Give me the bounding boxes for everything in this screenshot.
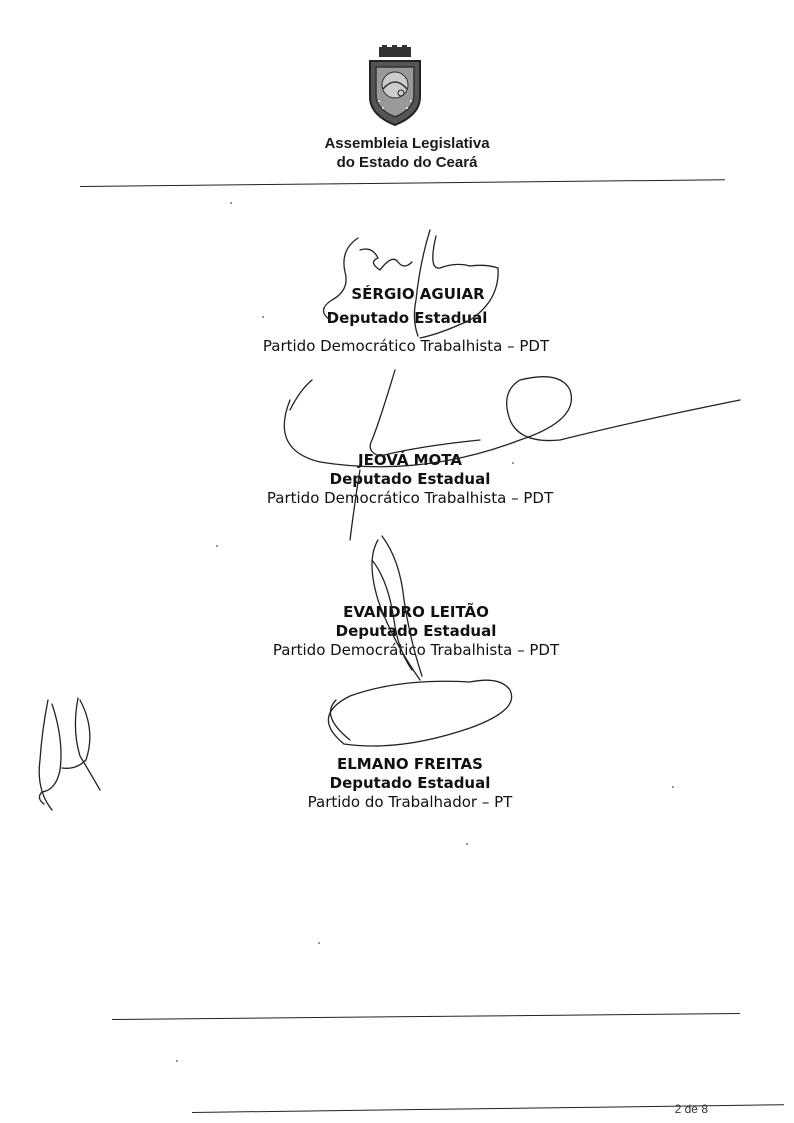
signatory-role: Deputado Estadual: [216, 622, 616, 641]
signatory-name: EVANDRO LEITÃO: [216, 603, 616, 622]
signatory-party: Partido do Trabalhador – PT: [210, 793, 610, 812]
scan-speck: [176, 1060, 178, 1062]
signatory-role: Deputado Estadual: [210, 470, 610, 489]
signatory-party: Partido Democrático Trabalhista – PDT: [210, 489, 610, 508]
scan-speck: [672, 786, 674, 788]
header-divider: [80, 179, 725, 187]
scan-speck: [216, 545, 218, 547]
signatory-name: SÉRGIO AGUIAR: [224, 285, 612, 304]
scan-speck: [262, 316, 264, 318]
signatory-name: JEOVÁ MOTA: [210, 451, 610, 470]
margin-initials: [39, 698, 100, 810]
scan-speck: [230, 202, 232, 204]
signatory-block: JEOVÁ MOTA Deputado Estadual Partido Dem…: [210, 451, 610, 508]
signatory-block: ELMANO FREITAS Deputado Estadual Partido…: [210, 755, 610, 812]
scan-speck: [318, 942, 320, 944]
institution-name-line1: Assembleia Legislativa: [10, 135, 794, 152]
institution-name-line2: do Estado do Ceará: [10, 154, 794, 171]
signatory-block: SÉRGIO AGUIAR Deputado Estadual Partido …: [212, 285, 612, 356]
signatory-party: Partido Democrático Trabalhista – PDT: [200, 337, 612, 356]
signatory-name: ELMANO FREITAS: [210, 755, 610, 774]
footer-divider-upper: [112, 1013, 740, 1020]
signature-elmano: [328, 680, 511, 746]
signatory-block: EVANDRO LEITÃO Deputado Estadual Partido…: [216, 603, 616, 660]
page-number: 2 de 8: [675, 1102, 708, 1116]
signatory-role: Deputado Estadual: [202, 309, 612, 328]
coat-of-arms-icon: [365, 45, 425, 127]
scan-speck: [512, 462, 514, 464]
scan-speck: [466, 843, 468, 845]
signatory-party: Partido Democrático Trabalhista – PDT: [216, 641, 616, 660]
signatory-role: Deputado Estadual: [210, 774, 610, 793]
